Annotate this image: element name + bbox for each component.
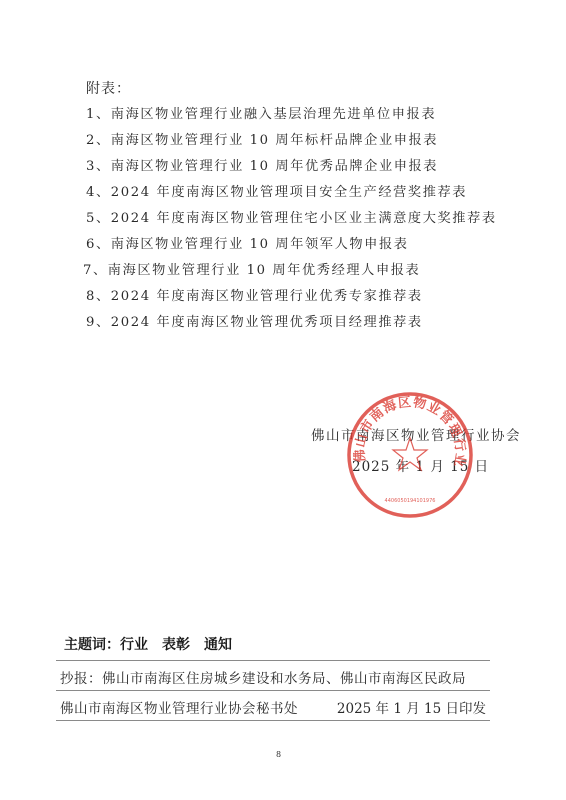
attachment-item: 2、南海区物业管理行业 10 周年标杆品牌企业申报表 [86, 129, 438, 148]
divider [56, 720, 490, 721]
attachment-item: 6、南海区物业管理行业 10 周年领军人物申报表 [86, 233, 409, 252]
attachment-item: 8、2024 年度南海区物业管理行业优秀专家推荐表 [86, 285, 423, 304]
attachments-title: 附表： [86, 78, 131, 98]
attachment-item: 9、2024 年度南海区物业管理优秀项目经理推荐表 [86, 311, 423, 330]
keywords-label: 主题词： [64, 637, 120, 653]
cc-recipients: 抄报：佛山市南海区住房城乡建设和水务局、佛山市南海区民政局 [60, 667, 466, 687]
official-seal-icon: 佛山市南海区物业管理行业协会 4406050194101976 [345, 390, 475, 520]
attachment-item: 7、南海区物业管理行业 10 周年优秀经理人申报表 [83, 259, 420, 278]
issuing-office: 佛山市南海区物业管理行业协会秘书处 [60, 697, 298, 717]
subject-keywords: 主题词：行业表彰通知 [64, 634, 246, 654]
attachment-item: 3、南海区物业管理行业 10 周年优秀品牌企业申报表 [86, 155, 438, 174]
divider [56, 660, 490, 661]
page-number: 8 [276, 750, 281, 759]
svg-text:4406050194101976: 4406050194101976 [385, 498, 436, 504]
attachment-item: 5、2024 年度南海区物业管理住宅小区业主满意度大奖推荐表 [86, 207, 497, 226]
attachment-item: 4、2024 年度南海区物业管理项目安全生产经营奖推荐表 [86, 181, 467, 200]
keyword: 表彰 [162, 637, 190, 653]
document-page: 附表： 1、南海区物业管理行业融入基层治理先进单位申报表 2、南海区物业管理行业… [0, 0, 566, 800]
issue-date: 2025 年 1 月 15 日印发 [337, 697, 486, 717]
divider [56, 690, 490, 691]
keyword: 行业 [120, 637, 148, 653]
svg-text:佛山市南海区物业管理行业协会: 佛山市南海区物业管理行业协会 [345, 390, 468, 469]
attachment-item: 1、南海区物业管理行业融入基层治理先进单位申报表 [86, 103, 436, 122]
keyword: 通知 [204, 637, 232, 653]
